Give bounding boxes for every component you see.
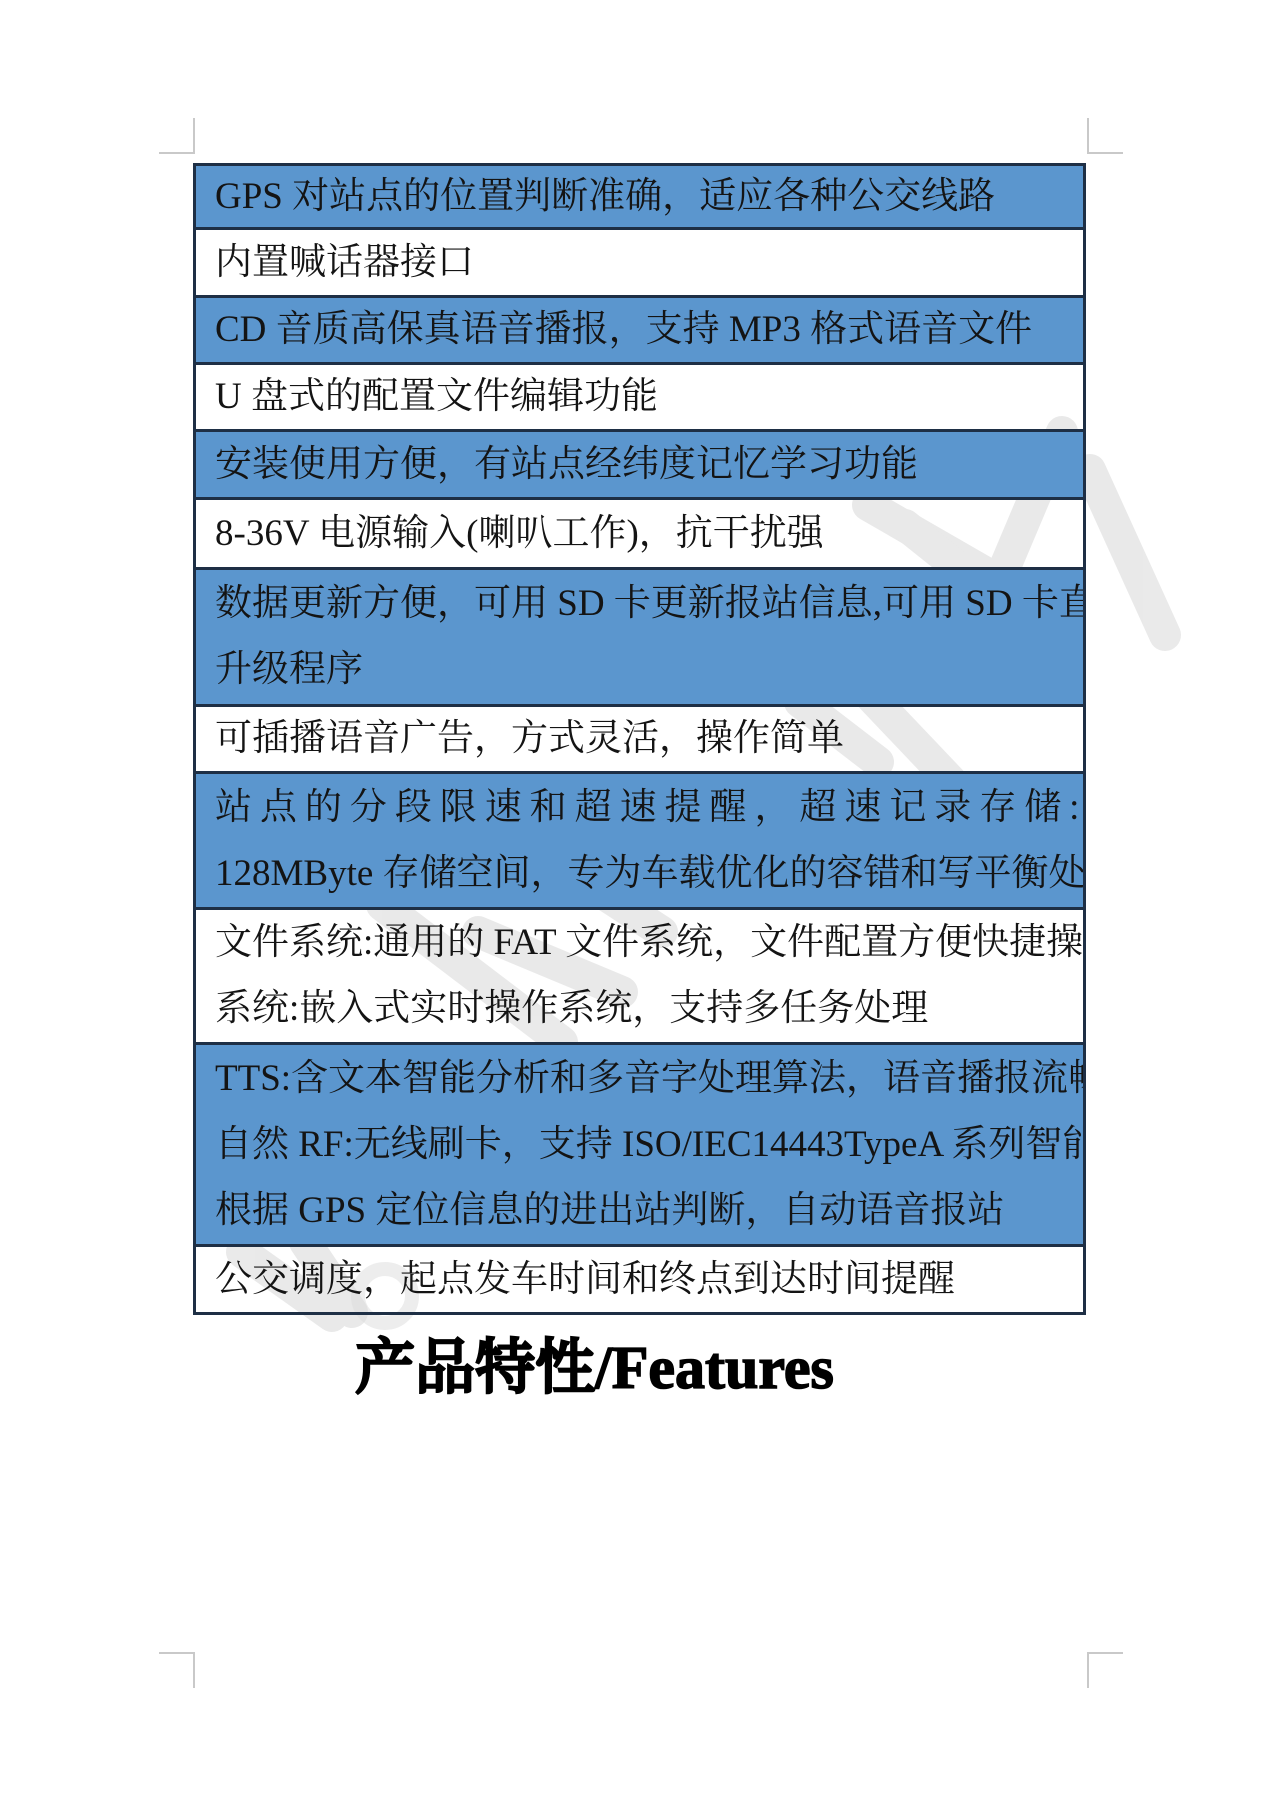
- table-row: TTS:含文本智能分析和多音字处理算法，语音播报流畅、 自然 RF:无线刷卡，支…: [196, 1045, 1083, 1247]
- table-row: CD 音质高保真语音播报，支持 MP3 格式语音文件: [196, 298, 1083, 365]
- row-text: 公交调度，起点发车时间和终点到达时间提醒: [215, 1247, 1069, 1313]
- table-row: 公交调度，起点发车时间和终点到达时间提醒: [196, 1247, 1083, 1315]
- table-row: 文件系统:通用的 FAT 文件系统，文件配置方便快捷操作 系统:嵌入式实时操作系…: [196, 910, 1083, 1045]
- table-row: 可插播语音广告，方式灵活，操作简单: [196, 707, 1083, 774]
- table-row: 安装使用方便，有站点经纬度记忆学习功能: [196, 432, 1083, 500]
- table-row: U 盘式的配置文件编辑功能: [196, 365, 1083, 432]
- row-text: 文件系统:通用的 FAT 文件系统，文件配置方便快捷操作: [215, 910, 1069, 976]
- row-text: CD 音质高保真语音播报，支持 MP3 格式语音文件: [215, 298, 1069, 363]
- table-row: 内置喊话器接口: [196, 230, 1083, 298]
- row-text: 128MByte 存储空间，专为车载优化的容错和写平衡处理: [215, 841, 1069, 907]
- row-text: 自然 RF:无线刷卡，支持 ISO/IEC14443TypeA 系列智能卡: [215, 1112, 1069, 1178]
- row-text: 根据 GPS 定位信息的进出站判断，自动语音报站: [215, 1178, 1069, 1244]
- row-text: TTS:含文本智能分析和多音字处理算法，语音播报流畅、: [215, 1046, 1069, 1112]
- row-text: U 盘式的配置文件编辑功能: [215, 365, 1069, 430]
- table-row: 8-36V 电源输入(喇叭工作)，抗干扰强: [196, 500, 1083, 570]
- table-row: 数据更新方便，可用 SD 卡更新报站信息,可用 SD 卡直接 升级程序: [196, 570, 1083, 707]
- row-text: 站点的分段限速和超速提醒，超速记录存储:内置: [215, 775, 1069, 841]
- row-text: 可插播语音广告，方式灵活，操作简单: [215, 707, 1069, 772]
- row-text: 数据更新方便，可用 SD 卡更新报站信息,可用 SD 卡直接: [215, 571, 1069, 637]
- row-text: 系统:嵌入式实时操作系统，支持多任务处理: [215, 976, 1069, 1042]
- row-text: 升级程序: [215, 637, 1069, 703]
- row-text: 8-36V 电源输入(喇叭工作)，抗干扰强: [215, 501, 1069, 567]
- features-table: GPS 对站点的位置判断准确，适应各种公交线路 内置喊话器接口 CD 音质高保真…: [193, 163, 1086, 1315]
- table-row: GPS 对站点的位置判断准确，适应各种公交线路: [196, 166, 1083, 230]
- table-row: 站点的分段限速和超速提醒，超速记录存储:内置 128MByte 存储空间，专为车…: [196, 774, 1083, 910]
- page-title: 产品特性/Features: [148, 1320, 1041, 1406]
- row-text: 内置喊话器接口: [215, 230, 1069, 296]
- document-page: GPS 对站点的位置判断准确，适应各种公交线路 内置喊话器接口 CD 音质高保真…: [0, 0, 1280, 1810]
- row-text: 安装使用方便，有站点经纬度记忆学习功能: [215, 432, 1069, 498]
- row-text: GPS 对站点的位置判断准确，适应各种公交线路: [215, 166, 1069, 230]
